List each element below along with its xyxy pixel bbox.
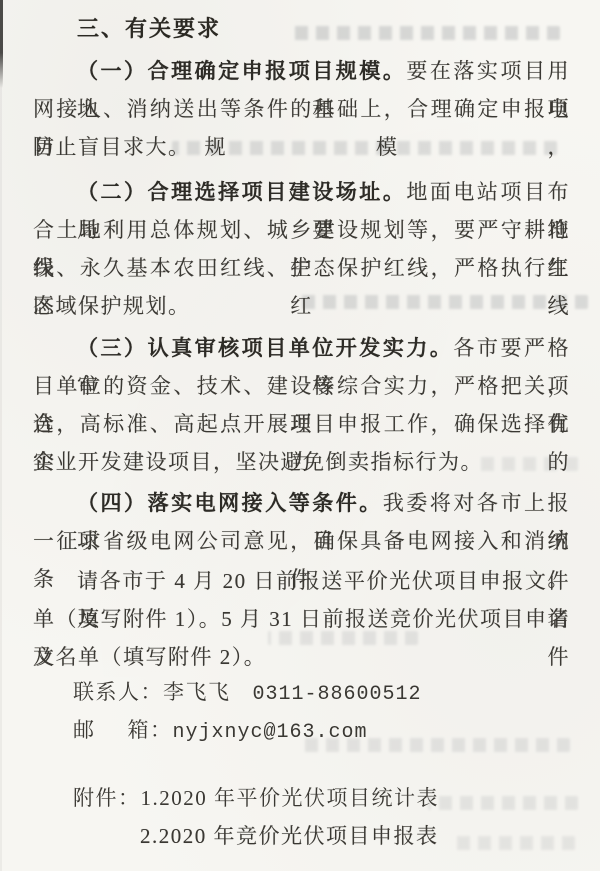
paragraph-4: （四）落实电网接入等条件。我委将对各市上报项目统 一征求省级电网公司意见，确保具… bbox=[33, 484, 570, 560]
paragraph-4-line-2: 一征求省级电网公司意见，确保具备电网接入和消纳条件。 bbox=[33, 522, 570, 560]
paragraph-4-lead: （四）落实电网接入等条件。 bbox=[77, 491, 383, 515]
paragraph-1-lead: （一）合理确定申报项目规模。 bbox=[77, 59, 406, 83]
paragraph-2-line-1: （二）合理选择项目建设场址。地面电站项目布局要符 bbox=[33, 173, 570, 211]
paragraph-1: （一）合理确定申报项目规模。要在落实项目用地和电 网接入、消纳送出等条件的基础上… bbox=[33, 52, 570, 166]
contact-email-line: 邮箱：nyjxnyc@163.com bbox=[33, 711, 570, 749]
attachments-block: 附件：1.2020 年平价光伏项目统计表 2.2020 年竞价光伏项目申报表 bbox=[33, 779, 570, 855]
email-address: nyjxnyc@163.com bbox=[173, 721, 368, 744]
paragraph-2-lead: （二）合理选择项目建设场址。 bbox=[77, 180, 406, 204]
attachments-label: 附件： bbox=[73, 786, 141, 810]
paragraph-1-line-1: （一）合理确定申报项目规模。要在落实项目用地和电 bbox=[33, 52, 570, 90]
contact-person-line: 联系人：李飞飞0311-88600512 bbox=[33, 673, 570, 711]
paragraph-2-line-2: 合土地利用总体规划、城乡建设规划等，要严守耕地保护红 bbox=[33, 211, 570, 249]
attachment-line-1: 附件：1.2020 年平价光伏项目统计表 bbox=[33, 779, 570, 817]
scanned-document-page: 三、有关要求 （一）合理确定申报项目规模。要在落实项目用地和电 网接入、消纳送出… bbox=[0, 0, 600, 871]
paragraph-3-line-2: 目单位的资金、技术、建设等综合实力，严格把关，合理优 bbox=[33, 367, 570, 405]
paragraph-5: 请各市于 4 月 20 日前报送平价光伏项目申报文件及名 单（填写附件 1）。5… bbox=[33, 562, 570, 676]
attachment-item-2: 2.2020 年竞价光伏项目申报表 bbox=[140, 824, 439, 848]
attachment-item-1: 1.2020 年平价光伏项目统计表 bbox=[141, 786, 440, 810]
paragraph-2-line-3: 线、永久基本农田红线、生态保护红线，严格执行生态红线 bbox=[33, 249, 570, 287]
paragraph-3-line-3: 选，高标准、高起点开展项目申报工作，确保选择有实力的 bbox=[33, 405, 570, 443]
paragraph-3: （三）认真审核项目单位开发实力。各市要严格审核项 目单位的资金、技术、建设等综合… bbox=[33, 329, 570, 481]
section-heading-block: 三、有关要求 bbox=[33, 10, 570, 48]
scan-edge-artifact bbox=[0, 0, 2, 871]
paragraph-1-line-2: 网接入、消纳送出等条件的基础上，合理确定申报项目规模， bbox=[33, 90, 570, 128]
contact-label: 联系人： bbox=[73, 680, 163, 704]
email-label-part1: 邮 bbox=[73, 718, 96, 742]
paragraph-3-lead: （三）认真审核项目单位开发实力。 bbox=[77, 336, 453, 360]
contact-name: 李飞飞 bbox=[163, 680, 231, 704]
attachment-line-2: 2.2020 年竞价光伏项目申报表 bbox=[33, 817, 570, 855]
email-label-part2: 箱： bbox=[128, 718, 173, 742]
paragraph-3-line-1: （三）认真审核项目单位开发实力。各市要严格审核项 bbox=[33, 329, 570, 367]
paragraph-4-line-1: （四）落实电网接入等条件。我委将对各市上报项目统 bbox=[33, 484, 570, 522]
section-heading: 三、有关要求 bbox=[33, 10, 570, 48]
paragraph-2: （二）合理选择项目建设场址。地面电站项目布局要符 合土地利用总体规划、城乡建设规… bbox=[33, 173, 570, 325]
contact-phone: 0311-88600512 bbox=[253, 683, 422, 706]
paragraph-5-line-2: 单（填写附件 1）。5 月 31 日前报送竞价光伏项目申请文件 bbox=[33, 600, 570, 638]
paragraph-5-line-1: 请各市于 4 月 20 日前报送平价光伏项目申报文件及名 bbox=[33, 562, 570, 600]
contact-block: 联系人：李飞飞0311-88600512 邮箱：nyjxnyc@163.com bbox=[33, 673, 570, 749]
